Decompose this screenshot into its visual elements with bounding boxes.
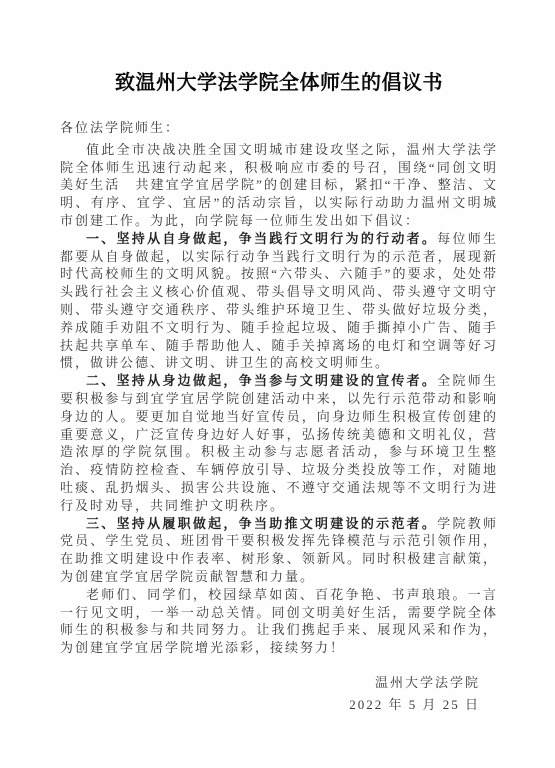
signature-block: 温州大学法学院 2022 年 5 月 25 日 [60, 672, 498, 716]
paragraph-text: 值此全市决战决胜全国文明城市建设攻坚之际，温州大学法学院全体师生迅速行动起来，积… [60, 142, 498, 228]
paragraph-lead: 一、坚持从自身做起，争当践行文明行为的行动者。 [86, 231, 437, 246]
signature-date: 2022 年 5 月 25 日 [60, 694, 480, 716]
document-page: 致温州大学法学院全体师生的倡议书 各位法学院师生： 值此全市决战决胜全国文明城市… [0, 0, 555, 768]
paragraph-text: 全院师生要积极参与到宜学宜居学院创建活动中来，以先行示范带动和影响身边的人。要更… [60, 373, 498, 513]
paragraph: 三、坚持从履职做起，争当助推文明建设的示范者。学院教师党员、学生党员、班团骨干要… [60, 515, 498, 586]
document-title: 致温州大学法学院全体师生的倡议书 [60, 66, 498, 95]
paragraph: 值此全市决战决胜全国文明城市建设攻坚之际，温州大学法学院全体师生迅速行动起来，积… [60, 141, 498, 230]
paragraph-lead: 三、坚持从履职做起，争当助推文明建设的示范者。 [86, 516, 437, 531]
paragraph: 二、坚持从身边做起，争当参与文明建设的宣传者。全院师生要积极参与到宜学宜居学院创… [60, 372, 498, 514]
paragraph-lead: 二、坚持从身边做起，争当参与文明建设的宣传者。 [86, 373, 437, 388]
salutation: 各位法学院师生： [60, 119, 498, 137]
signature: 温州大学法学院 [60, 672, 480, 694]
paragraph-text: 老师们、同学们，校园绿草如茵、百花争艳、书声琅琅。一言一行见文明，一举一动总关情… [60, 587, 498, 655]
paragraph-text: 每位师生都要从自身做起，以实际行动争当践行文明行为的示范者，展现新时代高校师生的… [60, 231, 498, 371]
document-body: 值此全市决战决胜全国文明城市建设攻坚之际，温州大学法学院全体师生迅速行动起来，积… [60, 141, 498, 657]
paragraph: 一、坚持从自身做起，争当践行文明行为的行动者。每位师生都要从自身做起，以实际行动… [60, 230, 498, 372]
paragraph: 老师们、同学们，校园绿草如茵、百花争艳、书声琅琅。一言一行见文明，一举一动总关情… [60, 586, 498, 657]
